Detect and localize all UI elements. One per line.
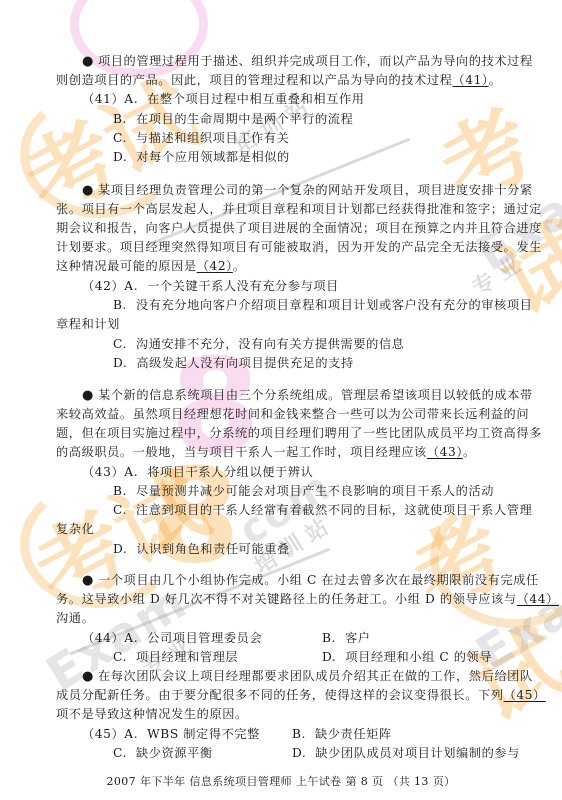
question-stem-line: 的高级职员。一般地，当与项目干系人一起工作时，项目经理应该（43）。 (56, 443, 476, 461)
question-stem-line: 沟通。 (56, 609, 94, 627)
option-c: C. 缺少资源平衡 (113, 744, 213, 762)
option-d: D. 对每个应用领域都是相似的 (113, 148, 290, 166)
question-label: （45） (82, 727, 124, 741)
page-footer: 2007 年下半年 信息系统项目管理师 上午试卷 第 8 页 （共 13 页） (0, 773, 562, 789)
question-label: （41） (82, 92, 124, 106)
answer-blank: （42） (197, 259, 233, 273)
option-a: （42）A. 一个关键干系人没有充分参与项目 (82, 277, 339, 295)
option-b-continuation: 章程和计划 (56, 315, 120, 333)
question-stem-line: 成员分配新任务。由于要分配很多不同的任务，使得这样的会议变得很长。下列（45） (56, 686, 546, 704)
question-stem-line: 这种情况最可能的原因是（42）。 (56, 257, 246, 275)
bullet-icon: ● (82, 183, 94, 198)
question-stem-line: ●某个新的信息系统项目由三个分系统组成。管理层希望该项目以较低的成本带 (82, 386, 533, 405)
bullet-icon: ● (82, 669, 94, 684)
option-d: D. 缺少团队成员对项目计划编制的参与 (292, 744, 520, 762)
question-stem-line: 期会议和报告，向客户人员提供了项目进展的全面情况；项目在预算之内并且符合进度 (56, 219, 542, 237)
question-stem-line: ●某项目经理负责管理公司的第一个复杂的网站开发项目，项目进度安排十分紧 (82, 181, 533, 200)
option-a: （44）A. 公司项目管理委员会 (82, 629, 262, 647)
answer-blank: （41） (452, 73, 488, 87)
question-stem-line: 来较高效益。虽然项目经理想花时间和金钱来整合一些可以为公司带来长远利益的问 (56, 405, 529, 423)
exam-page: ●项目的管理过程用于描述、组织并完成项目工作，而以产品为导向的技术过程 则创造项… (0, 0, 562, 800)
option-a: （43）A. 将项目干系人分组以便于辨认 (82, 463, 313, 481)
option-c-continuation: 复杂化 (56, 520, 94, 538)
question-stem-line: 张。项目有一个高层发起人，并且项目章程和项目计划都已经获得批准和签字；通过定 (56, 200, 542, 218)
option-c: C. 沟通安排不充分，没有向有关方提供需要的信息 (113, 335, 404, 353)
option-c: C. 与描述和组织项目工作有关 (113, 129, 289, 147)
question-stem-line: ●在每次团队会议上项目经理都要求团队成员介绍其正在做的工作，然后给团队 (82, 667, 533, 686)
option-b: B. 尽量预测并减少可能会对项目产生不良影响的项目干系人的活动 (113, 482, 494, 500)
option-b: B. 缺少责任矩阵 (292, 725, 392, 743)
option-b: B. 在项目的生命周期中是两个平行的流程 (113, 110, 353, 128)
question-stem-line: 题，但在项目实施过程中，分系统的项目经理们聘用了一些比团队成员平均工资高得多 (56, 424, 542, 442)
question-stem-line: 计划要求。项目经理突然得知项目有可能被取消，因为开发的产品完全无法接受。发生 (56, 238, 542, 256)
bullet-icon: ● (82, 388, 94, 403)
question-stem-line: 则创造项目的产品。因此，项目的管理过程和以产品为导向的技术过程（41）。 (56, 71, 501, 89)
question-stem-line: ●项目的管理过程用于描述、组织并完成项目工作，而以产品为导向的技术过程 (82, 52, 533, 71)
question-label: （42） (82, 279, 124, 293)
option-d: D. 项目经理和小组 C 的领导 (322, 648, 492, 666)
question-label: （43） (82, 465, 124, 479)
answer-blank: （45） (504, 688, 546, 702)
option-b: B. 没有充分地向客户介绍项目章程和项目计划或客户没有充分的审核项目 (113, 296, 532, 314)
bullet-icon: ● (82, 573, 94, 588)
option-d: D. 认识到角色和责任可能重叠 (113, 540, 290, 558)
option-b: B. 客户 (322, 629, 371, 647)
question-stem-line: 务。这导致小组 D 好几次不得不对关键路径上的任务赶工。小组 D 的领导应该与（… (56, 590, 559, 608)
bullet-icon: ● (82, 54, 94, 69)
question-stem-line: 项不是导致这种情况发生的原因。 (56, 705, 248, 723)
option-c: C. 注意到项目的干系人经常有着截然不同的目标，这就使项目干系人管理 (113, 501, 532, 519)
option-d: D. 高级发起人没有向项目提供充足的支持 (113, 354, 354, 372)
answer-blank: （43） (427, 445, 463, 459)
option-c: C. 项目经理和管理层 (113, 648, 238, 666)
option-a: （45）A. WBS 制定得不完整 (82, 725, 260, 743)
answer-blank: （44） (517, 592, 559, 606)
question-label: （44） (82, 631, 124, 645)
option-a: （41）A. 在整个项目过程中相互重叠和相互作用 (82, 90, 365, 108)
question-stem-line: ●一个项目由几个小组协作完成。小组 C 在过去曾多次在最终期限前没有完成任 (82, 571, 539, 590)
